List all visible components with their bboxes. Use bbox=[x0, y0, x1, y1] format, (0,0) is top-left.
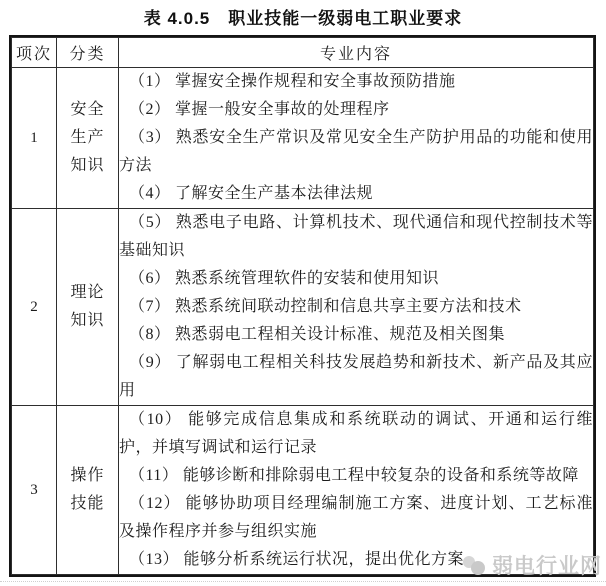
category-line: 技能 bbox=[57, 490, 118, 518]
content-item: （9） 了解弱电工程相关科技发展趋势和新技术、新产品及其应用 bbox=[119, 349, 593, 405]
row-category: 操作 技能 bbox=[57, 406, 119, 575]
category-line: 生产 bbox=[57, 124, 118, 152]
row-content: （5） 熟悉电子电路、计算机技术、现代通信和现代控制技术等基础知识 （6） 熟悉… bbox=[119, 209, 594, 406]
category-line: 安全 bbox=[57, 96, 118, 124]
row-index: 1 bbox=[12, 68, 57, 209]
content-item: （3） 熟悉安全生产常识及常见安全生产防护用品的功能和使用方法 bbox=[119, 124, 593, 180]
col-header-category: 分类 bbox=[57, 38, 119, 68]
row-content: （1） 掌握安全操作规程和安全事故预防措施 （2） 掌握一般安全事故的处理程序 … bbox=[119, 68, 594, 209]
requirements-table: 项次 分类 专业内容 1 安全 生产 知识 （1） 掌握安全操作规程和安全事故预… bbox=[9, 35, 596, 577]
content-item: （2） 掌握一般安全事故的处理程序 bbox=[119, 96, 593, 124]
content-item: （1） 掌握安全操作规程和安全事故预防措施 bbox=[119, 68, 593, 96]
row-category: 理论 知识 bbox=[57, 209, 119, 406]
content-item: （7） 熟悉系统间联动控制和信息共享主要方法和技术 bbox=[119, 293, 593, 321]
table-row-theory: 2 理论 知识 （5） 熟悉电子电路、计算机技术、现代通信和现代控制技术等基础知… bbox=[12, 209, 594, 406]
category-line: 操作 bbox=[57, 462, 118, 490]
row-index: 2 bbox=[12, 209, 57, 406]
category-line: 知识 bbox=[57, 152, 118, 180]
site-logo-icon bbox=[462, 554, 488, 576]
page-edge-line bbox=[0, 581, 606, 582]
watermark-text: 弱电行业网 bbox=[492, 550, 602, 580]
document-page: 表 4.0.5 职业技能一级弱电工职业要求 项次 分类 专业内容 1 安全 生产… bbox=[0, 0, 606, 586]
content-item: （4） 了解安全生产基本法律法规 bbox=[119, 180, 593, 208]
row-index: 3 bbox=[12, 406, 57, 575]
category-line: 知识 bbox=[57, 307, 118, 335]
col-header-index: 项次 bbox=[12, 38, 57, 68]
site-watermark: 弱电行业网 bbox=[462, 550, 602, 580]
category-line: 理论 bbox=[57, 279, 118, 307]
content-item: （5） 熟悉电子电路、计算机技术、现代通信和现代控制技术等基础知识 bbox=[119, 209, 593, 265]
content-item: （6） 熟悉系统管理软件的安装和使用知识 bbox=[119, 265, 593, 293]
col-header-content: 专业内容 bbox=[119, 38, 594, 68]
table-row-safety: 1 安全 生产 知识 （1） 掌握安全操作规程和安全事故预防措施 （2） 掌握一… bbox=[12, 68, 594, 209]
header-row: 项次 分类 专业内容 bbox=[12, 38, 594, 68]
row-category: 安全 生产 知识 bbox=[57, 68, 119, 209]
content-item: （10） 能够完成信息集成和系统联动的调试、开通和运行维护，并填写调试和运行记录 bbox=[119, 406, 593, 462]
content-item: （11） 能够诊断和排除弱电工程中较复杂的设备和系统等故障 bbox=[119, 462, 593, 490]
content-item: （8） 熟悉弱电工程相关设计标准、规范及相关图集 bbox=[119, 321, 593, 349]
content-item: （12） 能够协助项目经理编制施工方案、进度计划、工艺标准及操作程序并参与组织实… bbox=[119, 490, 593, 546]
table-title: 表 4.0.5 职业技能一级弱电工职业要求 bbox=[0, 4, 606, 29]
